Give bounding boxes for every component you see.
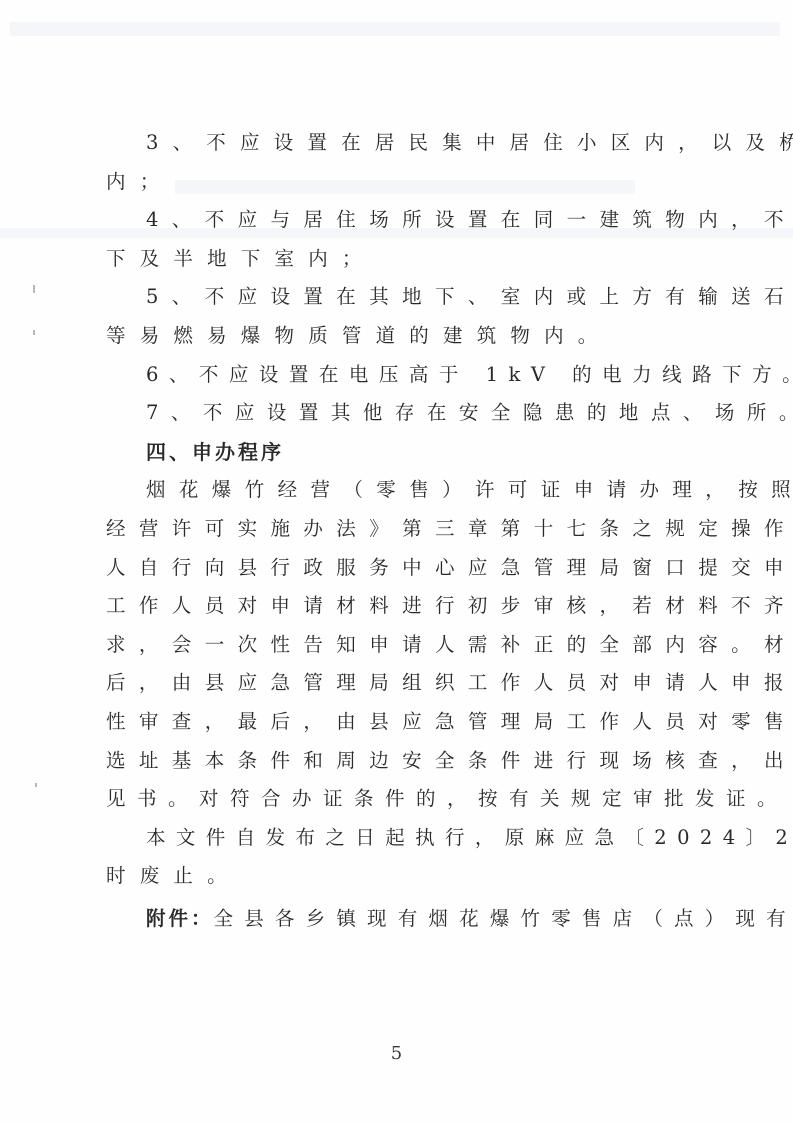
- item-4-line-1: 4、不应与居住场所设置在同一建筑物内，不应设置在地: [106, 201, 688, 240]
- procedure-line: 求，会一次性告知申请人需补正的全部内容。材料初审核合格: [106, 626, 688, 665]
- item-5-line-1: 5、不应设置在其地下、室内或上方有输送石油、天然气: [106, 278, 688, 317]
- scan-show-through: [10, 22, 780, 36]
- item-7-line-1: 7、不应设置其他存在安全隐患的地点、场所。: [106, 394, 688, 433]
- scan-margin-mark: [35, 783, 37, 787]
- effective-line: 时废止。: [106, 857, 688, 896]
- scan-margin-mark: [33, 330, 35, 335]
- item-3-line-2: 内；: [106, 163, 688, 202]
- procedure-line: 人自行向县行政服务中心应急管理局窗口提交申请材料，窗口: [106, 549, 688, 588]
- document-body: 3、不应设置在居民集中居住小区内，以及桥下与涵洞 内； 4、不应与居住场所设置在…: [106, 124, 688, 938]
- attachment-label: 附件：: [146, 907, 214, 930]
- item-6-line-1: 6、不应设置在电压高于 1kV 的电力线路下方。: [106, 356, 688, 395]
- procedure-line: 性审查，最后，由县应急管理局工作人员对零售店（点）场所: [106, 703, 688, 742]
- item-5-line-2: 等易燃易爆物质管道的建筑物内。: [106, 317, 688, 356]
- scan-margin-mark: [33, 285, 35, 293]
- item-4-line-2: 下及半地下室内；: [106, 240, 688, 279]
- item-3-line-1: 3、不应设置在居民集中居住小区内，以及桥下与涵洞: [106, 124, 688, 163]
- procedure-line: 工作人员对申请材料进行初步审核，若材料不齐全或不符合要: [106, 587, 688, 626]
- page-number: 5: [0, 1043, 793, 1064]
- procedure-line: 见书。对符合办证条件的，按有关规定审批发证。: [106, 780, 688, 819]
- procedure-line: 选址基本条件和周边安全条件进行现场核查，出具现场核查意: [106, 742, 688, 781]
- procedure-line: 经营许可实施办法》第三章第十七条之规定操作。首先，申请: [106, 510, 688, 549]
- procedure-line: 后，由县应急管理局组织工作人员对申请人申报材料进行实质: [106, 664, 688, 703]
- document-page: 3、不应设置在居民集中居住小区内，以及桥下与涵洞 内； 4、不应与居住场所设置在…: [0, 0, 793, 1122]
- section-heading: 四、申办程序: [106, 433, 688, 472]
- procedure-line: 烟花爆竹经营（零售）许可证申请办理，按照《烟花爆竹: [106, 471, 688, 510]
- attachment-line: 附件：全县各乡镇现有烟花爆竹零售店（点）现有统计表: [106, 900, 688, 939]
- effective-line: 本文件自发布之日起执行，原麻应急〔2024〕29 号文件同: [106, 819, 688, 858]
- attachment-text: 全县各乡镇现有烟花爆竹零售店（点）现有统计表: [214, 907, 793, 930]
